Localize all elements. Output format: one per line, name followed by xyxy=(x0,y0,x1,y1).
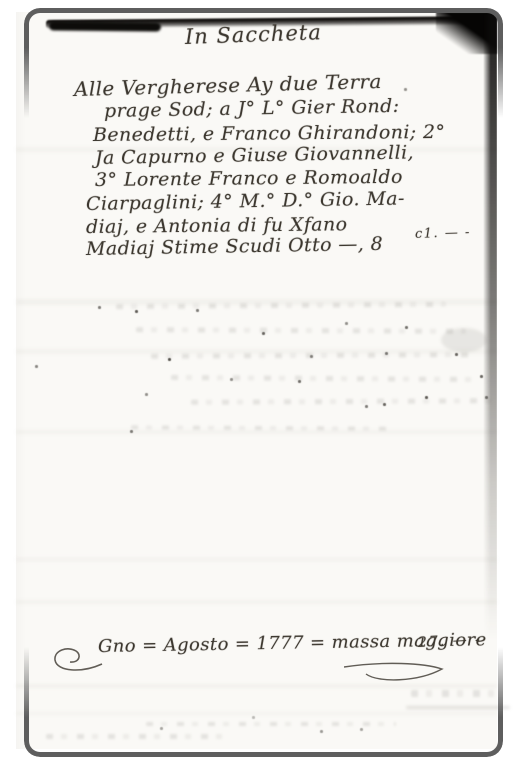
page-top-edge-shadow-left xyxy=(49,21,161,31)
bleedthrough-underline xyxy=(406,706,510,709)
page-heading: In Saccheta xyxy=(185,22,322,48)
bleedthrough-row xyxy=(146,722,396,726)
bleedthrough-row xyxy=(171,375,481,382)
bleedthrough-row xyxy=(151,352,471,359)
bleedthrough-row xyxy=(46,734,226,739)
margin-amount-note: c1. — - xyxy=(415,226,471,241)
bleedthrough-row xyxy=(191,398,491,405)
footer-amount: 27. — - xyxy=(418,633,483,650)
manuscript-line: Ciarpaglini; 4° M.° D.° Gio. Ma- xyxy=(86,189,405,214)
paper-streak xyxy=(16,430,497,434)
manuscript-page: In Saccheta Alle Vergherese Ay due Terra… xyxy=(16,12,497,749)
scanned-document-view: In Saccheta Alle Vergherese Ay due Terra… xyxy=(0,0,513,760)
manuscript-line: Alle Vergherese Ay due Terra xyxy=(74,71,382,99)
footer-flourish-swash xyxy=(344,658,448,688)
paper-streak xyxy=(16,712,497,715)
bleedthrough-row xyxy=(136,327,466,334)
manuscript-line: Madiaj Stime Scudi Otto —, 8 xyxy=(86,235,383,259)
manuscript-line: Ja Capurno e Giuse Giovannelli, xyxy=(95,143,414,168)
paper-streak xyxy=(16,600,497,604)
bleedthrough-row xyxy=(411,690,503,697)
manuscript-line: prage Sod; a J° L° Gier Rond: xyxy=(104,97,400,121)
ink-specks xyxy=(16,12,19,15)
paper-streak xyxy=(16,557,497,562)
bleedthrough-scribble xyxy=(441,328,487,352)
manuscript-line: 3° Lorente Franco e Romoaldo xyxy=(95,168,403,190)
footer-flourish-curl xyxy=(52,642,104,680)
bleedthrough-row xyxy=(116,302,446,309)
